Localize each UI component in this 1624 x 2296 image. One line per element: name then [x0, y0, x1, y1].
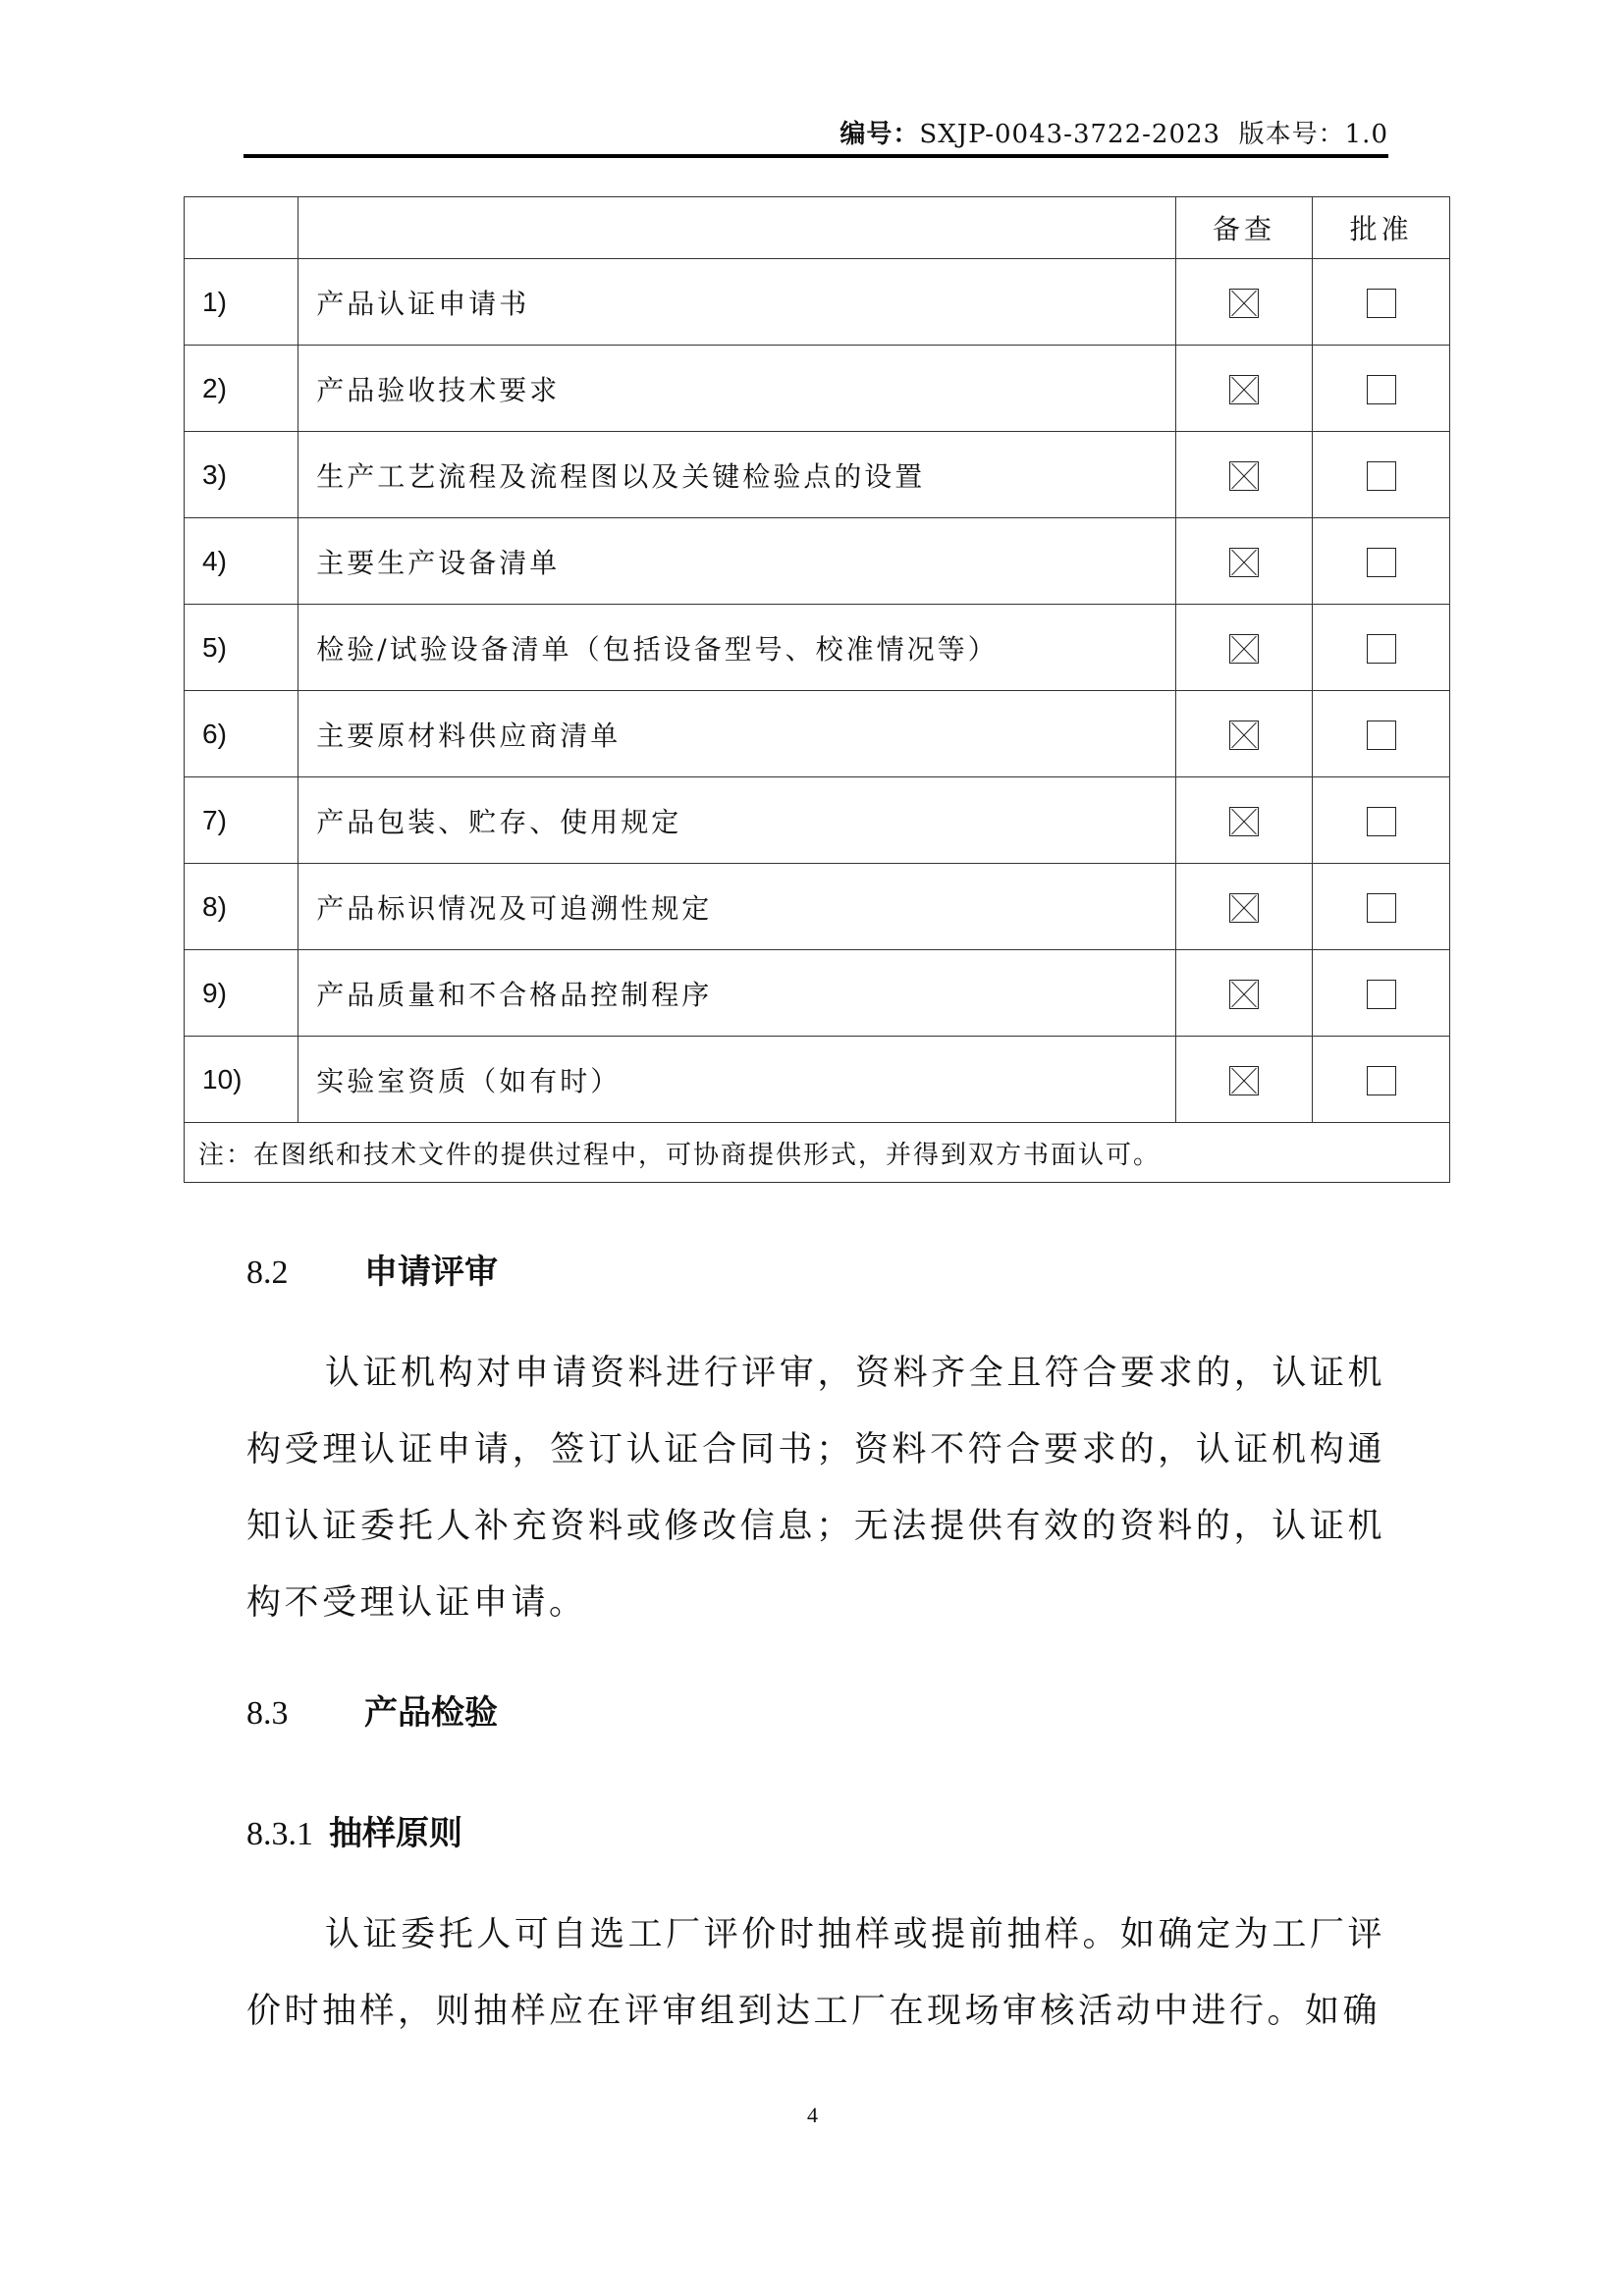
- table-row: 3)生产工艺流程及流程图以及关键检验点的设置: [185, 432, 1450, 518]
- table-row: 9)产品质量和不合格品控制程序: [185, 950, 1450, 1037]
- empty-box-icon[interactable]: [1367, 893, 1396, 923]
- section-heading-8-3-1: 8.3.1抽样原则: [246, 1806, 462, 1854]
- checked-box-icon[interactable]: [1229, 289, 1259, 318]
- table-header-row: 备查 批准: [185, 197, 1450, 259]
- empty-box-icon[interactable]: [1367, 980, 1396, 1009]
- row-num: 10): [185, 1037, 298, 1123]
- empty-box-icon[interactable]: [1367, 461, 1396, 491]
- table-row: 6)主要原材料供应商清单: [185, 691, 1450, 777]
- row-num: 6): [185, 691, 298, 777]
- checked-box-icon[interactable]: [1229, 375, 1259, 404]
- version-label: 版本号：: [1239, 120, 1345, 149]
- checked-box-icon[interactable]: [1229, 980, 1259, 1009]
- checked-box-icon[interactable]: [1229, 461, 1259, 491]
- checked-box-icon[interactable]: [1229, 1066, 1259, 1095]
- header-rule: [244, 154, 1388, 158]
- row-num: 1): [185, 259, 298, 346]
- header-approval: 批准: [1313, 197, 1450, 259]
- row-num: 9): [185, 950, 298, 1037]
- row-desc: 产品质量和不合格品控制程序: [298, 950, 1175, 1037]
- header-num: [185, 197, 298, 259]
- empty-box-icon[interactable]: [1367, 634, 1396, 664]
- row-desc: 产品标识情况及可追溯性规定: [298, 864, 1175, 950]
- page-number: 4: [807, 2103, 818, 2128]
- empty-box-icon[interactable]: [1367, 548, 1396, 577]
- table-note-row: 注：在图纸和技术文件的提供过程中，可协商提供形式，并得到双方书面认可。: [185, 1123, 1450, 1183]
- row-num: 7): [185, 777, 298, 864]
- section-heading-8-3: 8.3产品检验: [246, 1685, 498, 1734]
- row-desc: 检验/试验设备清单（包括设备型号、校准情况等）: [298, 605, 1175, 691]
- row-desc: 产品认证申请书: [298, 259, 1175, 346]
- row-num: 8): [185, 864, 298, 950]
- checked-box-icon[interactable]: [1229, 807, 1259, 836]
- row-num: 5): [185, 605, 298, 691]
- empty-box-icon[interactable]: [1367, 721, 1396, 750]
- checked-box-icon[interactable]: [1229, 634, 1259, 664]
- table-row: 4)主要生产设备清单: [185, 518, 1450, 605]
- section-8-3-1-paragraph: 认证委托人可自选工厂评价时抽样或提前抽样。如确定为工厂评价时抽样，则抽样应在评审…: [246, 1896, 1385, 2050]
- section-number: 8.3.1: [246, 1816, 313, 1853]
- document-checklist-table: 备查 批准 1)产品认证申请书 2)产品验收技术要求 3)生产工艺流程及流程图以…: [184, 196, 1450, 1183]
- table-row: 5)检验/试验设备清单（包括设备型号、校准情况等）: [185, 605, 1450, 691]
- table-row: 10)实验室资质（如有时）: [185, 1037, 1450, 1123]
- table-note: 注：在图纸和技术文件的提供过程中，可协商提供形式，并得到双方书面认可。: [185, 1123, 1450, 1183]
- row-desc: 主要生产设备清单: [298, 518, 1175, 605]
- version-value: 1.0: [1345, 120, 1388, 149]
- section-heading-8-2: 8.2申请评审: [246, 1245, 498, 1293]
- checked-box-icon[interactable]: [1229, 721, 1259, 750]
- header-filing: 备查: [1175, 197, 1313, 259]
- empty-box-icon[interactable]: [1367, 375, 1396, 404]
- row-num: 3): [185, 432, 298, 518]
- empty-box-icon[interactable]: [1367, 807, 1396, 836]
- row-num: 2): [185, 346, 298, 432]
- code-label: 编号：: [839, 120, 919, 149]
- empty-box-icon[interactable]: [1367, 1066, 1396, 1095]
- code-value: SXJP-0043-3722-2023: [919, 120, 1220, 149]
- row-desc: 实验室资质（如有时）: [298, 1037, 1175, 1123]
- row-desc: 产品验收技术要求: [298, 346, 1175, 432]
- row-num: 4): [185, 518, 298, 605]
- section-number: 8.3: [246, 1695, 364, 1733]
- table-row: 1)产品认证申请书: [185, 259, 1450, 346]
- empty-box-icon[interactable]: [1367, 289, 1396, 318]
- document-header: 编号：SXJP-0043-3722-2023 版本号：1.0: [244, 114, 1388, 150]
- section-title: 产品检验: [364, 1693, 498, 1733]
- checked-box-icon[interactable]: [1229, 893, 1259, 923]
- section-number: 8.2: [246, 1255, 364, 1292]
- header-desc: [298, 197, 1175, 259]
- row-desc: 产品包装、贮存、使用规定: [298, 777, 1175, 864]
- table-row: 8)产品标识情况及可追溯性规定: [185, 864, 1450, 950]
- section-title: 申请评审: [364, 1253, 498, 1292]
- section-title: 抽样原则: [329, 1814, 462, 1853]
- row-desc: 生产工艺流程及流程图以及关键检验点的设置: [298, 432, 1175, 518]
- table-row: 7)产品包装、贮存、使用规定: [185, 777, 1450, 864]
- checked-box-icon[interactable]: [1229, 548, 1259, 577]
- section-8-2-paragraph: 认证机构对申请资料进行评审，资料齐全且符合要求的，认证机构受理认证申请，签订认证…: [246, 1335, 1385, 1641]
- row-desc: 主要原材料供应商清单: [298, 691, 1175, 777]
- table-row: 2)产品验收技术要求: [185, 346, 1450, 432]
